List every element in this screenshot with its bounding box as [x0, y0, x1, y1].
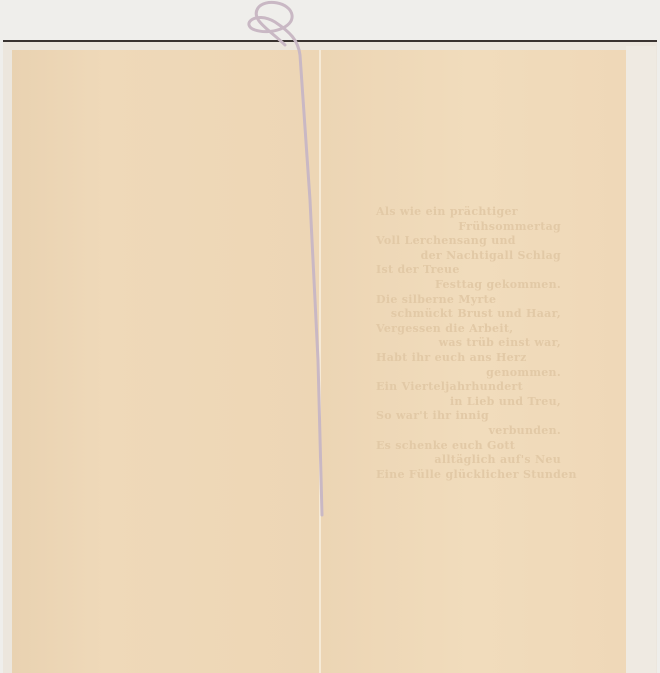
binding-string-icon	[0, 0, 660, 673]
